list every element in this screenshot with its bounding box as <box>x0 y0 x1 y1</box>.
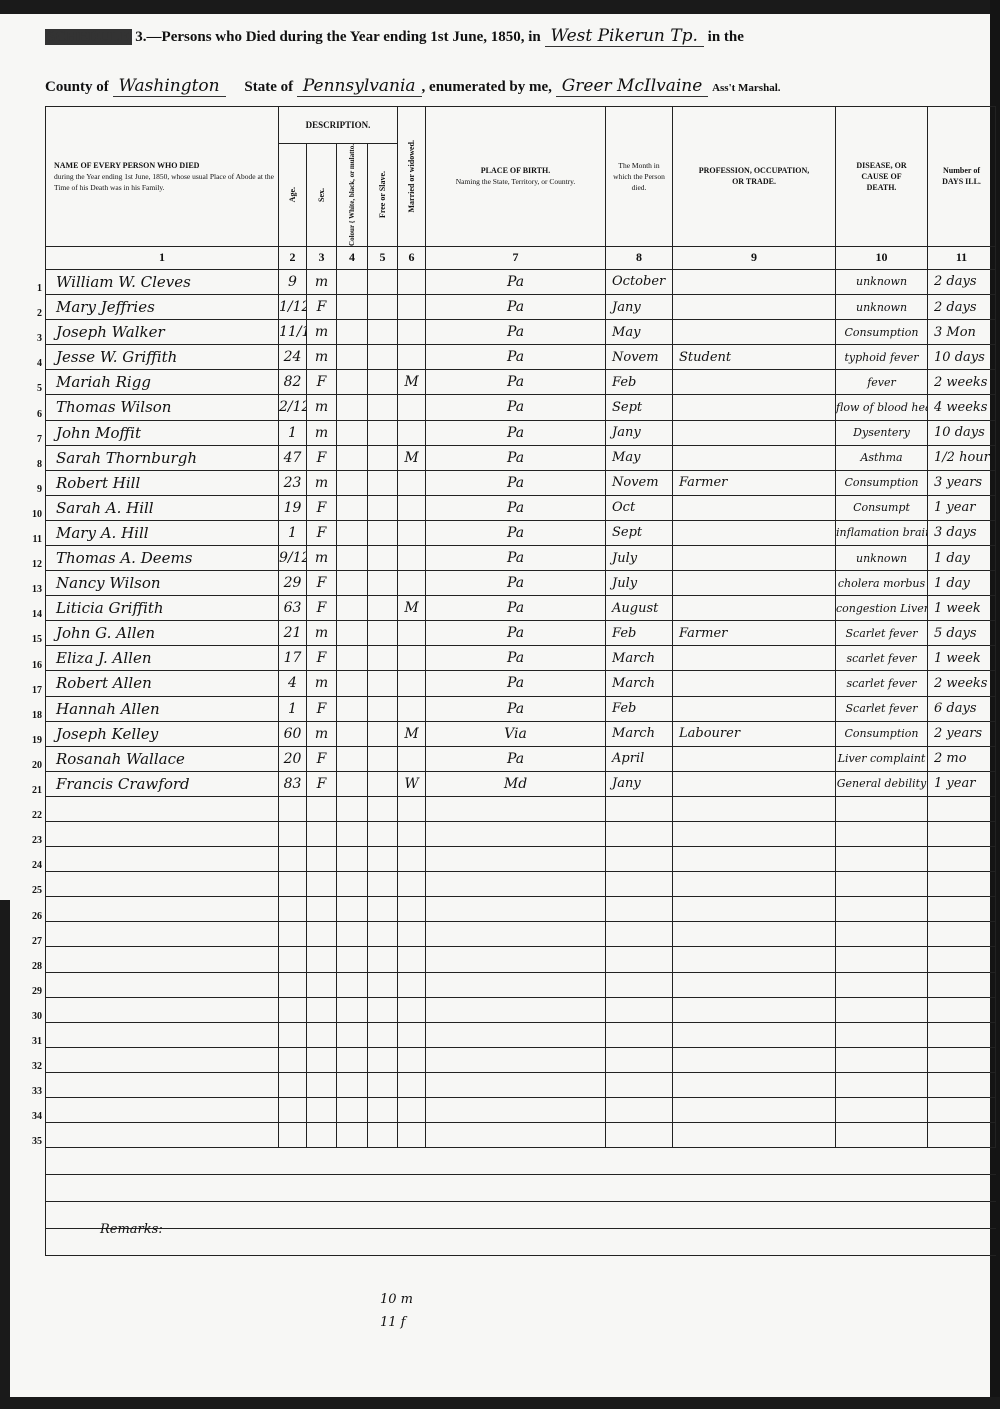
township-field: West Pikerun Tp. <box>545 26 704 47</box>
cell-age: 4 <box>279 671 307 696</box>
cell-birth <box>426 1072 606 1097</box>
cell-name <box>46 872 279 897</box>
cell-days <box>928 1123 996 1148</box>
table-row: Rosanah Wallace20FPaAprilLiver complaint… <box>46 746 996 771</box>
cell-profession <box>673 771 836 796</box>
cell-married <box>398 1123 426 1148</box>
cell-colour <box>337 972 368 997</box>
cell-month <box>606 822 673 847</box>
cell-days: 1 year <box>928 495 996 520</box>
table-row: Mary A. Hill1FPaSeptinflamation brain3 d… <box>46 520 996 545</box>
cell-profession <box>673 370 836 395</box>
cell-colour <box>337 922 368 947</box>
cell-age <box>279 972 307 997</box>
cell-name <box>46 1098 279 1123</box>
cell-days: 2 mo <box>928 746 996 771</box>
cell-sex <box>307 872 337 897</box>
cell-sex: m <box>307 621 337 646</box>
cell-age: 9/12 <box>279 545 307 570</box>
cell-age: 82 <box>279 370 307 395</box>
cell-name: Jesse W. Griffith <box>46 345 279 370</box>
cell-age <box>279 822 307 847</box>
cell-age: 24 <box>279 345 307 370</box>
cell-married <box>398 997 426 1022</box>
cell-days: 4 weeks <box>928 395 996 420</box>
cell-free <box>368 997 398 1022</box>
cell-sex: m <box>307 470 337 495</box>
state-label: State of <box>244 79 293 95</box>
row-number: 16 <box>20 660 42 671</box>
cell-age <box>279 997 307 1022</box>
table-row: Sarah Thornburgh47FMPaMayAsthma1/2 hour <box>46 445 996 470</box>
cell-profession <box>673 796 836 821</box>
cell-disease: Consumption <box>836 721 928 746</box>
cell-married <box>398 897 426 922</box>
cell-married <box>398 545 426 570</box>
cell-free <box>368 897 398 922</box>
scan-edge-bottom <box>0 1397 1000 1409</box>
cell-profession: Farmer <box>673 470 836 495</box>
cell-name <box>46 922 279 947</box>
cell-colour <box>337 872 368 897</box>
cell-sex <box>307 1022 337 1047</box>
cell-age <box>279 872 307 897</box>
cell-free <box>368 420 398 445</box>
row-number: 21 <box>20 785 42 796</box>
cell-month: Sept <box>606 395 673 420</box>
cell-birth <box>426 922 606 947</box>
cell-month: Novem <box>606 345 673 370</box>
cell-birth: Pa <box>426 470 606 495</box>
cell-age: 83 <box>279 771 307 796</box>
cell-colour <box>337 1098 368 1123</box>
cell-disease: congestion Liver <box>836 596 928 621</box>
cell-age: 60 <box>279 721 307 746</box>
row-number: 3 <box>20 333 42 344</box>
cell-sex: F <box>307 771 337 796</box>
table-row: John Moffit1mPaJanyDysentery10 days <box>46 420 996 445</box>
table-row: Robert Allen4mPaMarchscarlet fever2 week… <box>46 671 996 696</box>
cell-free <box>368 947 398 972</box>
cell-sex: F <box>307 295 337 320</box>
cell-disease <box>836 1098 928 1123</box>
row-number: 15 <box>20 634 42 645</box>
cell-days <box>928 1072 996 1097</box>
table-row: Mariah Rigg82FMPaFebfever2 weeks <box>46 370 996 395</box>
cell-disease: Liver complaint <box>836 746 928 771</box>
cell-sex: m <box>307 545 337 570</box>
cell-free <box>368 671 398 696</box>
header-disease: DISEASE, OR CAUSE OF DEATH. <box>836 107 928 247</box>
cell-month: Feb <box>606 621 673 646</box>
cell-age: 19 <box>279 495 307 520</box>
cell-colour <box>337 671 368 696</box>
cell-age: 23 <box>279 470 307 495</box>
cell-free <box>368 847 398 872</box>
cell-colour <box>337 621 368 646</box>
row-number: 29 <box>20 986 42 997</box>
header-age: Age. <box>279 144 307 247</box>
cell-days: 3 years <box>928 470 996 495</box>
header-month: The Month in which the Person died. <box>606 107 673 247</box>
cell-days: 2 days <box>928 269 996 294</box>
cell-disease: fever <box>836 370 928 395</box>
cell-sex: m <box>307 671 337 696</box>
cell-colour <box>337 1072 368 1097</box>
scan-edge-left <box>0 900 10 1409</box>
county-line: County of Washington State of Pennsylvan… <box>45 76 781 96</box>
tally-females: 11 f <box>380 1315 406 1330</box>
cell-disease <box>836 947 928 972</box>
row-number: 8 <box>20 459 42 470</box>
cell-married <box>398 470 426 495</box>
table-row: Sarah A. Hill19FPaOctConsumpt1 year <box>46 495 996 520</box>
table-row: Robert Hill23mPaNovemFarmerConsumption3 … <box>46 470 996 495</box>
cell-disease <box>836 847 928 872</box>
cell-profession <box>673 746 836 771</box>
cell-days: 1 week <box>928 646 996 671</box>
cell-married <box>398 269 426 294</box>
cell-birth <box>426 1022 606 1047</box>
row-number: 25 <box>20 885 42 896</box>
census-page: SCHEDULE 3.—Persons who Died during the … <box>0 0 1000 1409</box>
cell-free <box>368 520 398 545</box>
cell-disease <box>836 822 928 847</box>
cell-month <box>606 796 673 821</box>
cell-name <box>46 1072 279 1097</box>
cell-age: 17 <box>279 646 307 671</box>
cell-month: Novem <box>606 470 673 495</box>
cell-name <box>46 1022 279 1047</box>
cell-colour <box>337 897 368 922</box>
cell-colour <box>337 320 368 345</box>
cell-sex: m <box>307 420 337 445</box>
cell-age <box>279 1123 307 1148</box>
cell-disease: unknown <box>836 295 928 320</box>
cell-age: 1 <box>279 696 307 721</box>
cell-days: 1 day <box>928 545 996 570</box>
cell-profession <box>673 1123 836 1148</box>
cell-profession <box>673 520 836 545</box>
cell-profession <box>673 646 836 671</box>
header-name-title: NAME OF EVERY PERSON WHO DIED <box>54 161 199 170</box>
cell-colour <box>337 696 368 721</box>
cell-free <box>368 922 398 947</box>
cell-sex <box>307 1072 337 1097</box>
cell-disease <box>836 1072 928 1097</box>
cell-birth <box>426 947 606 972</box>
cell-days: 2 weeks <box>928 671 996 696</box>
cell-name <box>46 997 279 1022</box>
cell-birth: Pa <box>426 495 606 520</box>
cell-month: July <box>606 571 673 596</box>
cell-name: Robert Hill <box>46 470 279 495</box>
enumerated-label: , enumerated by me, <box>422 79 552 95</box>
cell-month: Jany <box>606 771 673 796</box>
column-number-row: 1 2 3 4 5 6 7 8 9 10 11 <box>46 246 996 269</box>
cell-month: March <box>606 671 673 696</box>
cell-month: April <box>606 746 673 771</box>
row-number: 35 <box>20 1136 42 1147</box>
cell-colour <box>337 269 368 294</box>
colnum-11: 11 <box>928 246 996 269</box>
cell-month <box>606 972 673 997</box>
table-row <box>46 872 996 897</box>
cell-birth <box>426 872 606 897</box>
cell-disease: unknown <box>836 269 928 294</box>
cell-age <box>279 796 307 821</box>
colnum-5: 5 <box>368 246 398 269</box>
cell-married <box>398 822 426 847</box>
cell-name: Sarah Thornburgh <box>46 445 279 470</box>
cell-month: Feb <box>606 370 673 395</box>
cell-profession <box>673 671 836 696</box>
table-row <box>46 1022 996 1047</box>
cell-disease: Asthma <box>836 445 928 470</box>
colnum-10: 10 <box>836 246 928 269</box>
cell-disease <box>836 972 928 997</box>
cell-month: August <box>606 596 673 621</box>
cell-month: July <box>606 545 673 570</box>
cell-married <box>398 1047 426 1072</box>
cell-disease: inflamation brain <box>836 520 928 545</box>
cell-days: 10 days <box>928 345 996 370</box>
cell-birth <box>426 897 606 922</box>
cell-name: Mary Jeffries <box>46 295 279 320</box>
mortality-table: NAME OF EVERY PERSON WHO DIED during the… <box>45 106 995 1256</box>
cell-age <box>279 947 307 972</box>
table-row: Thomas Wilson2/12mPaSeptflow of blood he… <box>46 395 996 420</box>
row-number: 22 <box>20 810 42 821</box>
cell-colour <box>337 345 368 370</box>
cell-birth: Pa <box>426 671 606 696</box>
cell-married <box>398 1098 426 1123</box>
remarks-cell <box>46 1148 996 1175</box>
cell-birth: Pa <box>426 596 606 621</box>
cell-married: W <box>398 771 426 796</box>
cell-month <box>606 1022 673 1047</box>
remarks-line <box>46 1202 996 1229</box>
cell-married <box>398 872 426 897</box>
cell-sex: F <box>307 445 337 470</box>
cell-profession <box>673 420 836 445</box>
header-sex: Sex. <box>307 144 337 247</box>
row-number: 9 <box>20 484 42 495</box>
cell-month <box>606 1072 673 1097</box>
cell-name: Robert Allen <box>46 671 279 696</box>
cell-days <box>928 997 996 1022</box>
cell-colour <box>337 395 368 420</box>
cell-month: May <box>606 445 673 470</box>
cell-month: Jany <box>606 295 673 320</box>
cell-married <box>398 295 426 320</box>
colnum-9: 9 <box>673 246 836 269</box>
cell-days <box>928 822 996 847</box>
cell-sex: F <box>307 696 337 721</box>
cell-colour <box>337 545 368 570</box>
cell-colour <box>337 370 368 395</box>
cell-profession <box>673 295 836 320</box>
cell-married <box>398 646 426 671</box>
cell-profession <box>673 495 836 520</box>
cell-sex <box>307 997 337 1022</box>
cell-birth: Pa <box>426 621 606 646</box>
cell-name: Joseph Walker <box>46 320 279 345</box>
cell-name: Liticia Griffith <box>46 596 279 621</box>
cell-birth: Pa <box>426 571 606 596</box>
cell-age <box>279 922 307 947</box>
cell-sex <box>307 1123 337 1148</box>
cell-days <box>928 1098 996 1123</box>
cell-colour <box>337 997 368 1022</box>
table-row <box>46 997 996 1022</box>
row-number: 26 <box>20 911 42 922</box>
cell-month <box>606 897 673 922</box>
cell-name: Mary A. Hill <box>46 520 279 545</box>
cell-birth: Pa <box>426 696 606 721</box>
cell-name <box>46 847 279 872</box>
row-number: 1 <box>20 283 42 294</box>
cell-sex: m <box>307 721 337 746</box>
cell-birth <box>426 1123 606 1148</box>
cell-colour <box>337 822 368 847</box>
remarks-line <box>46 1175 996 1202</box>
cell-sex: F <box>307 746 337 771</box>
cell-days: 1 year <box>928 771 996 796</box>
cell-disease: Dysentery <box>836 420 928 445</box>
colnum-7: 7 <box>426 246 606 269</box>
table-row: Mary Jeffries1/12FPaJanyunknown2 days <box>46 295 996 320</box>
cell-sex <box>307 1098 337 1123</box>
cell-days <box>928 947 996 972</box>
cell-age <box>279 847 307 872</box>
cell-profession <box>673 320 836 345</box>
cell-days: 3 Mon <box>928 320 996 345</box>
cell-sex: F <box>307 596 337 621</box>
cell-sex: m <box>307 320 337 345</box>
cell-sex <box>307 847 337 872</box>
cell-profession: Farmer <box>673 621 836 646</box>
row-number: 4 <box>20 358 42 369</box>
cell-sex <box>307 897 337 922</box>
cell-profession <box>673 696 836 721</box>
cell-married: M <box>398 370 426 395</box>
cell-free <box>368 1072 398 1097</box>
cell-name <box>46 897 279 922</box>
cell-birth: Pa <box>426 445 606 470</box>
cell-disease: Scarlet fever <box>836 696 928 721</box>
cell-profession <box>673 822 836 847</box>
header-colour: Colour { White, black, or mulatto. <box>337 144 368 247</box>
cell-free <box>368 646 398 671</box>
table-row: Thomas A. Deems9/12mPaJulyunknown1 day <box>46 545 996 570</box>
table-row: Francis Crawford83FWMdJanyGeneral debili… <box>46 771 996 796</box>
table-row <box>46 897 996 922</box>
remarks-line <box>46 1229 996 1256</box>
cell-free <box>368 345 398 370</box>
cell-birth: Pa <box>426 746 606 771</box>
cell-free <box>368 495 398 520</box>
table-row <box>46 972 996 997</box>
title-suffix: in the <box>708 29 744 45</box>
cell-month: May <box>606 320 673 345</box>
cell-days: 2 days <box>928 295 996 320</box>
cell-disease: typhoid fever <box>836 345 928 370</box>
row-number: 17 <box>20 685 42 696</box>
cell-sex: m <box>307 395 337 420</box>
row-number: 20 <box>20 760 42 771</box>
cell-name: Eliza J. Allen <box>46 646 279 671</box>
cell-married <box>398 972 426 997</box>
cell-free <box>368 1022 398 1047</box>
cell-days <box>928 1047 996 1072</box>
cell-free <box>368 721 398 746</box>
cell-month <box>606 1123 673 1148</box>
cell-name <box>46 947 279 972</box>
cell-married <box>398 395 426 420</box>
cell-month <box>606 922 673 947</box>
cell-profession: Labourer <box>673 721 836 746</box>
cell-colour <box>337 295 368 320</box>
table-row <box>46 847 996 872</box>
cell-disease: scarlet fever <box>836 671 928 696</box>
cell-sex <box>307 947 337 972</box>
cell-colour <box>337 596 368 621</box>
header-birth-sub: Naming the State, Territory, or Country. <box>426 176 605 187</box>
cell-married: M <box>398 596 426 621</box>
row-number: 14 <box>20 609 42 620</box>
cell-name: Rosanah Wallace <box>46 746 279 771</box>
cell-profession <box>673 922 836 947</box>
cell-colour <box>337 1123 368 1148</box>
row-number: 28 <box>20 961 42 972</box>
cell-disease: General debility <box>836 771 928 796</box>
cell-colour <box>337 495 368 520</box>
cell-days <box>928 922 996 947</box>
table-row <box>46 1047 996 1072</box>
cell-days: 2 weeks <box>928 370 996 395</box>
row-number: 18 <box>20 710 42 721</box>
state-field: Pennsylvania <box>297 76 422 97</box>
cell-free <box>368 696 398 721</box>
cell-married <box>398 495 426 520</box>
row-number: 33 <box>20 1086 42 1097</box>
cell-colour <box>337 947 368 972</box>
cell-age: 47 <box>279 445 307 470</box>
cell-married <box>398 696 426 721</box>
cell-age: 29 <box>279 571 307 596</box>
cell-free <box>368 320 398 345</box>
row-number: 12 <box>20 559 42 570</box>
row-number: 23 <box>20 835 42 846</box>
cell-profession <box>673 445 836 470</box>
remarks-label: Remarks: <box>100 1222 163 1237</box>
row-number: 6 <box>20 409 42 420</box>
table-row: William W. Cleves9mPaOctoberunknown2 day… <box>46 269 996 294</box>
cell-free <box>368 972 398 997</box>
cell-married <box>398 1072 426 1097</box>
row-number: 27 <box>20 936 42 947</box>
cell-married: M <box>398 445 426 470</box>
cell-birth: Via <box>426 721 606 746</box>
cell-profession <box>673 269 836 294</box>
cell-profession <box>673 897 836 922</box>
cell-colour <box>337 746 368 771</box>
cell-colour <box>337 420 368 445</box>
cell-colour <box>337 1047 368 1072</box>
schedule-title: SCHEDULE 3.—Persons who Died during the … <box>45 26 744 46</box>
cell-age <box>279 1072 307 1097</box>
